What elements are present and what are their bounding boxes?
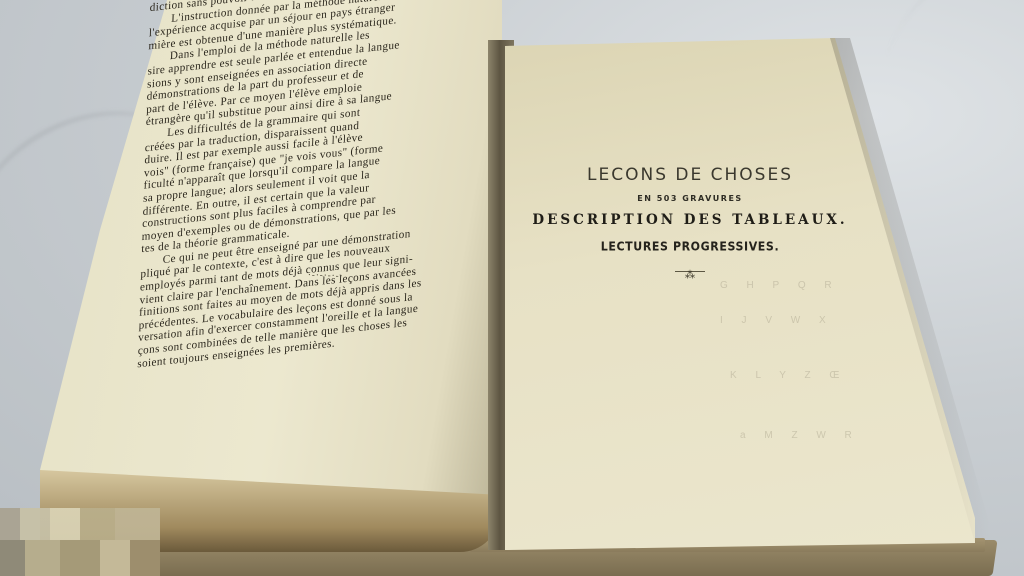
show-through-text: I J V W X xyxy=(720,315,834,326)
ornament-icon: ·-·-·-·-· xyxy=(308,271,388,282)
book-subtitle: EN 503 GRAVURES xyxy=(530,194,850,203)
open-book: G H P Q R I J V W X K L Y Z Œ a M Z W R … xyxy=(0,0,1024,576)
book-title: LECONS DE CHOSES xyxy=(530,165,850,185)
show-through-text: K L Y Z Œ xyxy=(730,370,847,381)
title-page: LECONS DE CHOSES EN 503 GRAVURES DESCRIP… xyxy=(530,160,850,280)
book-subheading: LECTURES PROGRESSIVES. xyxy=(530,239,850,254)
fleuron-icon: ⁂ xyxy=(675,271,705,280)
show-through-text: G H P Q R xyxy=(720,280,840,291)
book-heading: DESCRIPTION DES TABLEAUX. xyxy=(530,212,850,228)
left-page-text: diction sans pouvoir arriver au laborieu… xyxy=(137,0,498,371)
pixelated-region xyxy=(0,540,160,576)
show-through-text: a M Z W R xyxy=(740,430,860,441)
